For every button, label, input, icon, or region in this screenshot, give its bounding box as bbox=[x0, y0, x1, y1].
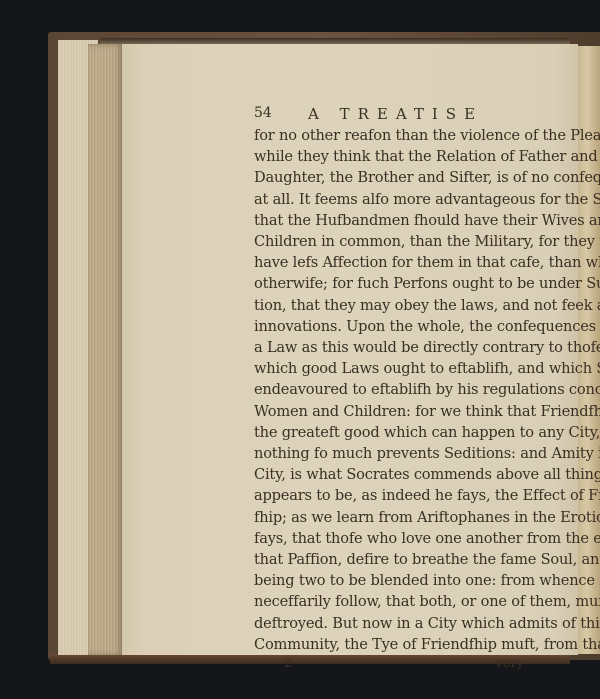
text-line: that Paffion, defire to breathe the fame… bbox=[254, 549, 524, 570]
running-head-title: A TREATISE bbox=[308, 105, 483, 123]
text-line: at all. It feems alfo more advantageous … bbox=[254, 189, 524, 210]
text-line: for no other reafon than the violence of… bbox=[254, 125, 524, 146]
text-line: Community, the Tye of Friendfhip muft, f… bbox=[254, 634, 524, 655]
text-line: Daughter, the Brother and Sifter, is of … bbox=[254, 167, 524, 188]
text-line: Children in common, than the Military, f… bbox=[254, 231, 524, 252]
text-line: have lefs Affection for them in that caf… bbox=[254, 252, 524, 273]
text-line: the greateft good which can happen to an… bbox=[254, 422, 524, 443]
text-line: deftroyed. But now in a City which admit… bbox=[254, 613, 524, 634]
text-line: which good Laws ought to eftablifh, and … bbox=[254, 358, 524, 379]
text-line: that the Hufbandmen fhould have their Wi… bbox=[254, 210, 524, 231]
page-stack-gutter bbox=[88, 44, 122, 655]
text-line: fhip; as we learn from Ariftophanes in t… bbox=[254, 507, 524, 528]
text-line: fays, that thofe who love one another fr… bbox=[254, 528, 524, 549]
text-line: otherwife; for fuch Perfons ought to be … bbox=[254, 273, 524, 294]
text-line: neceffarily follow, that both, or one of… bbox=[254, 591, 524, 612]
catchword: very bbox=[495, 656, 524, 671]
text-line: while they think that the Relation of Fa… bbox=[254, 146, 524, 167]
text-line: endeavoured to eftablifh by his regulati… bbox=[254, 379, 524, 400]
text-line: City, is what Socrates commends above al… bbox=[254, 464, 524, 485]
text-line: being two to be blended into one: from w… bbox=[254, 570, 524, 591]
page-number: 54 bbox=[254, 105, 272, 121]
text-line: nothing fo much prevents Seditions: and … bbox=[254, 443, 524, 464]
text-line: appears to be, as indeed he fays, the Ef… bbox=[254, 485, 524, 506]
page-footer: 2 very bbox=[254, 656, 524, 676]
page-text-block: 54 A TREATISE for no other reafon than t… bbox=[254, 105, 524, 676]
signature-mark: 2 bbox=[284, 656, 292, 671]
text-line: a Law as this would be directly contrary… bbox=[254, 337, 524, 358]
text-line: innovations. Upon the whole, the confequ… bbox=[254, 316, 524, 337]
text-line: tion, that they may obey the laws, and n… bbox=[254, 295, 524, 316]
body-text: for no other reafon than the violence of… bbox=[254, 125, 524, 655]
text-line: Women and Children: for we think that Fr… bbox=[254, 401, 524, 422]
running-head: 54 A TREATISE bbox=[254, 105, 524, 125]
